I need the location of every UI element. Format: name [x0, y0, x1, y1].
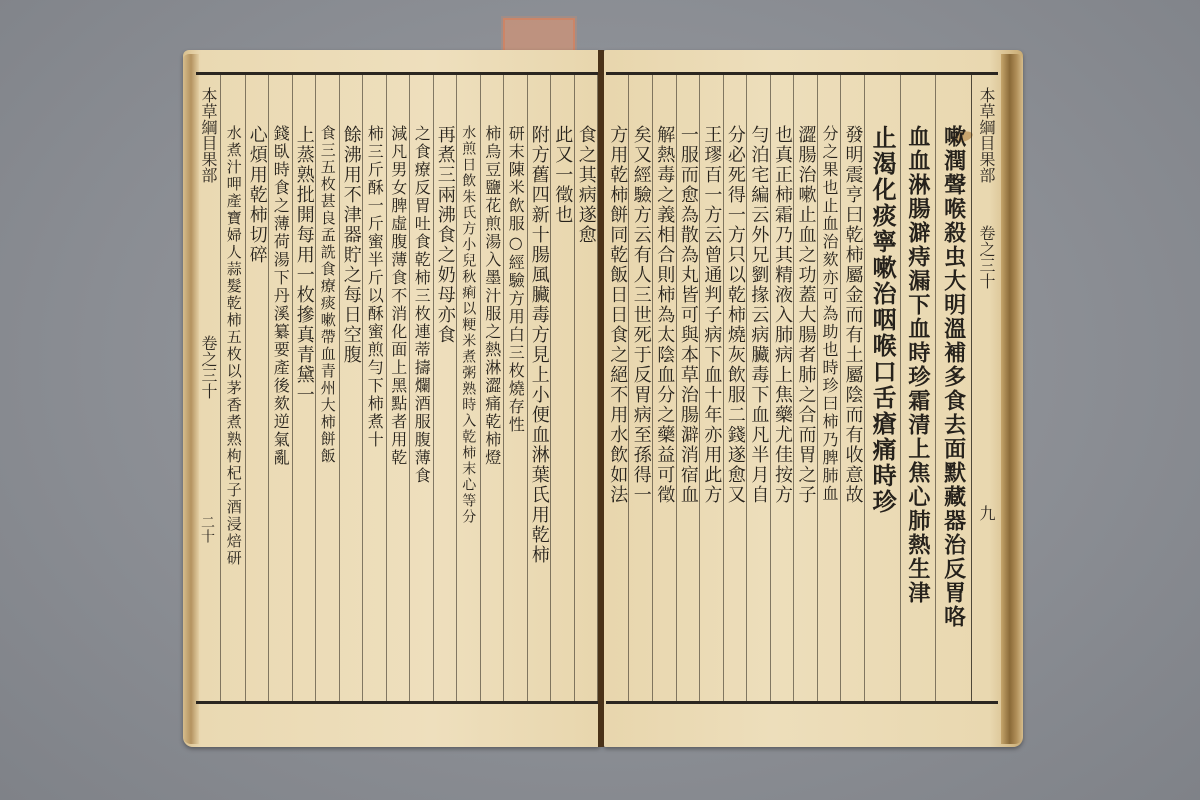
text-column: 分之果也止血治欬亦可為助也時珍曰柿乃脾肺血: [818, 75, 842, 701]
text-column: 附方舊四新十腸風臟毒方見上小便血淋葉氏用乾柿: [528, 75, 552, 701]
text-column: 矣又經驗方云有人三世死于反胃病至孫得一: [629, 75, 653, 701]
text-column: 減凡男女脾虛腹薄食不消化面上黑點者用乾: [387, 75, 411, 701]
text-column: 水煎日飲朱氏方小兒秋痢以粳米煮粥熟時入乾柿末心等分: [457, 75, 481, 701]
text-column: 心煩用乾柿切碎: [246, 75, 270, 701]
text-column: 止渴化痰寧嗽治咽喉口舌瘡痛時珍: [865, 75, 901, 701]
right-text-frame: 嗽潤聲喉殺虫大明溫補多食去面默藏器治反胃咯 血血淋腸澼痔漏下血時珍霜清上焦心肺熱…: [606, 72, 998, 704]
left-text-columns: 食之其病遂愈 此又一徵也 附方舊四新十腸風臟毒方見上小便血淋葉氏用乾柿 研末陳米…: [222, 75, 598, 701]
text-column: 餘沸用不津器貯之每日空腹: [340, 75, 364, 701]
left-banner-title: 本草綱目果部: [197, 87, 220, 183]
left-banner-column: 本草綱目果部 卷之三十 二十: [194, 75, 221, 701]
text-column: 分必死得一方只以乾柿燒灰飲服二錢遂愈又: [724, 75, 748, 701]
right-banner-column: 本草綱目果部 卷之三十 九: [971, 75, 998, 701]
text-column: 一服而愈為散為丸皆可與本草治腸澼消宿血: [677, 75, 701, 701]
text-column: 柿烏豆鹽花煎湯入墨汁服之熱淋澀痛乾柿燈: [481, 75, 505, 701]
text-column: 勻泊宅編云外兄劉掾云病臟毒下血凡半月自: [747, 75, 771, 701]
text-column: 研末陳米飲服○經驗方用白三枚燒存性: [504, 75, 528, 701]
text-column: 王璆百一方云曾通判子病下血十年亦用此方: [700, 75, 724, 701]
text-column: 血血淋腸澼痔漏下血時珍霜清上焦心肺熱生津: [901, 75, 937, 701]
text-column: 食之其病遂愈: [575, 75, 599, 701]
text-column: 之食療反胃吐食乾柿三枚連蒂擣爛酒服腹薄食: [410, 75, 434, 701]
right-banner-volume: 卷之三十: [975, 225, 998, 289]
left-text-frame: 本草綱目果部 卷之三十 二十 食之其病遂愈 此又一徵也 附方舊四新十腸風臟毒方見…: [196, 72, 598, 704]
text-column: 嗽潤聲喉殺虫大明溫補多食去面默藏器治反胃咯: [936, 75, 972, 701]
text-column: 方用乾柿餅同乾飯日日食之絕不用水飲如法: [606, 75, 630, 701]
text-column: 水煮汁呷產寶婦人蒜髮乾柿五枚以茅香煮熟枸杞子酒浸焙研: [222, 75, 246, 701]
left-folio-number: 二十: [197, 515, 217, 543]
right-folio-number: 九: [975, 505, 998, 521]
text-column: 解熱毒之義相合則柿為太陰血分之藥益可徵: [653, 75, 677, 701]
text-column: 上蒸熟批開每用一枚摻真青黛一: [293, 75, 317, 701]
text-column: 發明震亨曰乾柿屬金而有土屬陰而有收意故: [841, 75, 865, 701]
text-column: 此又一徵也: [551, 75, 575, 701]
left-banner-volume: 卷之三十: [197, 335, 220, 399]
right-text-columns: 嗽潤聲喉殺虫大明溫補多食去面默藏器治反胃咯 血血淋腸澼痔漏下血時珍霜清上焦心肺熱…: [606, 75, 972, 701]
text-column: 錢臥時食之薄荷湯下丹溪纂要產後欬逆氣亂: [269, 75, 293, 701]
book-gutter: [598, 50, 604, 747]
text-column: 食三五枚甚良孟詵食療痰嗽帶血青州大柿餅飯: [316, 75, 340, 701]
right-banner-title: 本草綱目果部: [975, 87, 998, 183]
text-column: 再煮三兩沸食之奶母亦食: [434, 75, 458, 701]
right-page-edge: [1001, 54, 1023, 744]
text-column: 柿三斤酥一斤蜜半斤以酥蜜煎勻下柿煮十: [363, 75, 387, 701]
text-column: 也真正柿霜乃其精液入肺病上焦藥尤佳按方: [771, 75, 795, 701]
text-column: 澀腸治嗽止血之功蓋大腸者肺之合而胃之子: [794, 75, 818, 701]
